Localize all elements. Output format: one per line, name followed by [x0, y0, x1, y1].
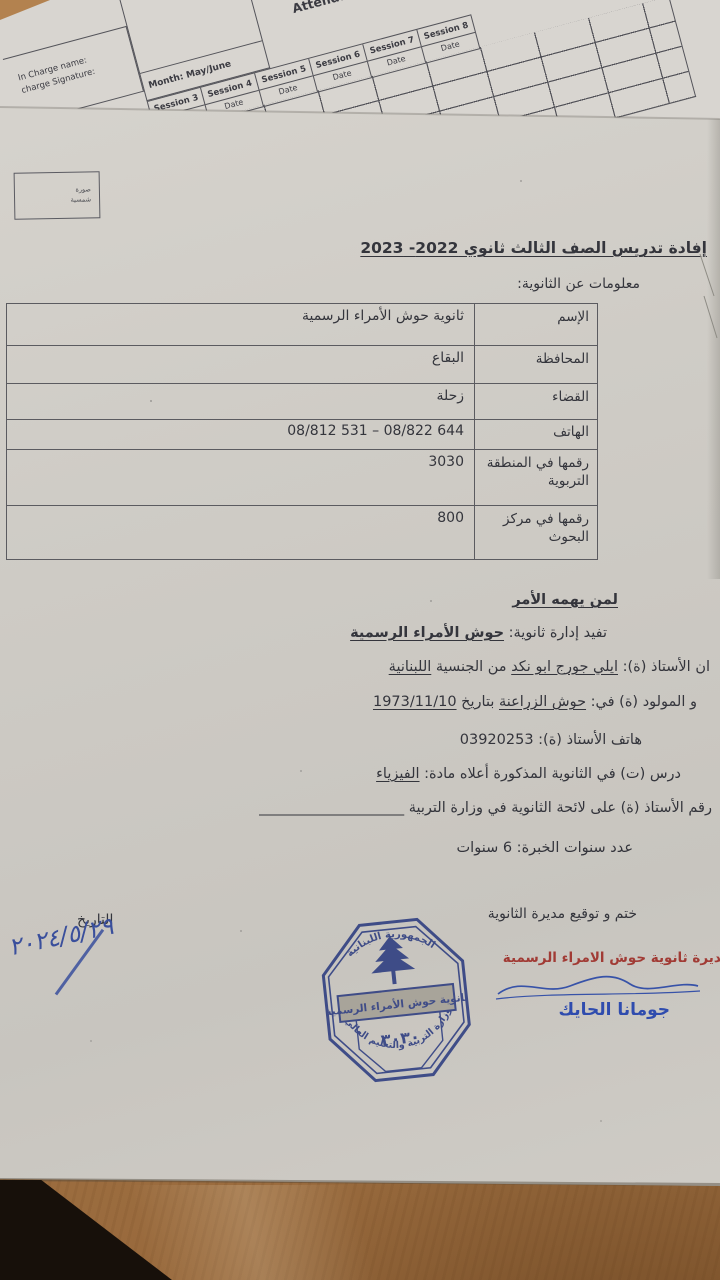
teacher-phone-value: 03920253 — [460, 732, 534, 748]
line-text: من الجنسية — [431, 659, 511, 675]
photo-box-label: شمسية — [15, 195, 91, 206]
subject-line: درس (ت) في الثانوية المذكورة أعلاه مادة:… — [376, 766, 681, 782]
experience-line: عدد سنوات الخبرة: 6 سنوات — [457, 840, 633, 856]
line-text: عدد سنوات الخبرة: 6 سنوات — [457, 840, 633, 856]
principal-name: جومانا الحايك — [558, 1000, 670, 1020]
school-name-value: حوش الأمراء الرسمية — [350, 625, 504, 641]
document-subtitle: معلومات عن الثانوية: — [517, 276, 640, 292]
attendance-title-line2: Attendance Sheet — [268, 0, 439, 25]
row-value: ثانوية حوش الأمراء الرسمية — [7, 304, 474, 345]
line-text: رقم الأستاذ (ة) على لائحة الثانوية في وز… — [404, 800, 712, 816]
table-row: المحافظة البقاع — [7, 346, 597, 384]
row-value: البقاع — [7, 346, 474, 383]
teacher-name-value: ايلي جورج ابو نكد — [511, 659, 618, 675]
birth-date-value: 1973/11/10 — [373, 694, 457, 710]
nationality-value: اللبنانية — [389, 659, 432, 675]
stamp-signature-heading: ختم و توقيع مديرة الثانوية — [488, 906, 637, 922]
subject-value: الفيزياء — [376, 766, 419, 782]
birth-place-value: حوش الزراعنة — [499, 694, 586, 710]
row-value: زحلة — [7, 384, 474, 419]
row-label: الإسم — [474, 304, 597, 345]
school-info-table: الإسم ثانوية حوش الأمراء الرسمية المحافظ… — [6, 303, 598, 560]
photo-placeholder-box: صورة شمسية — [14, 171, 101, 219]
line-text: هاتف الأستاذ (ة): — [534, 732, 642, 748]
teacher-name-line: ان الأستاذ (ة): ايلي جورج ابو نكد من الج… — [389, 659, 710, 675]
line-text: درس (ت) في الثانوية المذكورة أعلاه مادة: — [420, 766, 681, 782]
attendance-sheet-title: Reinforcement Program Attendance Sheet — [263, 0, 439, 25]
row-label: رقمها في مركز البحوث — [474, 506, 597, 559]
blank-line: ____________________ — [259, 800, 404, 816]
stamp-number: ٣٠٣٠ — [380, 1027, 421, 1050]
attendance-sheet-grid: In Charge name: charge Signature: School… — [0, 0, 720, 124]
paper-edge-shade — [707, 119, 720, 579]
photographed-document: In Charge name: charge Signature: School… — [0, 0, 720, 1280]
table-row: رقمها في مركز البحوث 800 — [7, 506, 597, 559]
row-value: 3030 — [7, 450, 474, 505]
line-text: بتاريخ — [457, 694, 499, 710]
row-label: الهاتف — [474, 420, 597, 449]
line-text: و المولود (ة) في: — [586, 694, 697, 710]
line-text: تفيد إدارة ثانوية: — [504, 625, 607, 641]
table-row: رقمها في المنطقة التربوية 3030 — [7, 450, 597, 506]
table-row: الهاتف 08/812 531 – 08/822 644 — [7, 420, 597, 450]
line-text: ان الأستاذ (ة): — [618, 659, 710, 675]
heading-text: لمن يهمه الأمر — [512, 592, 618, 608]
row-value: 08/812 531 – 08/822 644 — [287, 423, 464, 439]
row-label: القضاء — [474, 384, 597, 419]
attestation-document: صورة شمسية إفادة تدريس الصف الثالث ثانوي… — [0, 0, 720, 1280]
birth-line: و المولود (ة) في: حوش الزراعنة بتاريخ 19… — [373, 694, 697, 710]
handwritten-date-text: ٢٠٢٤/٥/٢٩ — [6, 912, 116, 962]
school-administration-line: تفيد إدارة ثانوية: حوش الأمراء الرسمية — [350, 625, 607, 641]
row-label: رقمها في المنطقة التربوية — [474, 450, 597, 505]
to-whom-it-may-concern-heading: لمن يهمه الأمر — [512, 592, 618, 608]
table-row: الإسم ثانوية حوش الأمراء الرسمية — [7, 304, 597, 346]
attendance-sheet: In Charge name: charge Signature: School… — [0, 0, 720, 124]
pencil-marks — [698, 250, 720, 345]
official-stamp: الجمهورية اللبنانية وزارة التربية والتعل… — [307, 900, 485, 1094]
table-row: القضاء زحلة — [7, 384, 597, 420]
handwritten-date: ٢٠٢٤/٥/٢٩ — [6, 912, 116, 962]
document-title: إفادة تدريس الصف الثالث ثانوي 2022- 2023 — [360, 239, 707, 257]
teacher-phone-line: هاتف الأستاذ (ة): 03920253 — [460, 732, 642, 748]
principal-title: مديرة ثانوية حوش الامراء الرسمية — [503, 950, 720, 966]
roster-number-line: رقم الأستاذ (ة) على لائحة الثانوية في وز… — [259, 800, 712, 816]
row-value: 800 — [7, 506, 474, 559]
row-label: المحافظة — [474, 346, 597, 383]
